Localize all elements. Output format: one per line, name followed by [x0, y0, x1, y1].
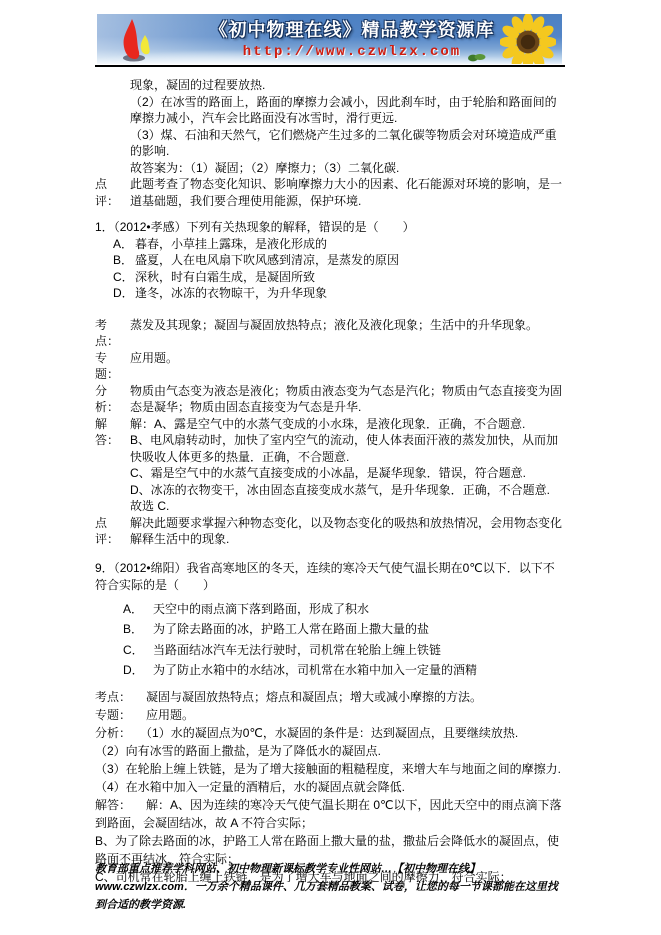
review-text: 此题考查了物态变化知识、影响摩擦力大小的因素、化石能源对环境的影响，是一道基础题…	[130, 176, 565, 209]
question-number: 9．	[95, 561, 114, 575]
option-row-b: B． 为了除去路面的冰，护路工人常在路面上撒大量的盐	[95, 619, 565, 640]
meta-label: 解答：	[95, 416, 130, 449]
question-number: 1．	[95, 220, 114, 234]
option-key: C．	[123, 640, 153, 661]
option-text: 暮春，小草挂上露珠，是液化形成的	[135, 236, 565, 253]
question-analysis: 考点：凝固与凝固放热特点；熔点和凝固点；增大或减小摩擦的方法。 专题：应用题。 …	[95, 688, 565, 886]
meta-row-jieda: 解答： 解：A、露是空气中的水蒸气变成的小水珠，是液化现象．正确，不合题意. B…	[95, 416, 565, 515]
site-banner: 《初中物理在线》精品教学资源库 http://www.czwlzx.com	[97, 14, 562, 64]
meta-label: 分析：	[95, 726, 131, 740]
option-text: 深秋，时有白霜生成，是凝固所致	[135, 269, 565, 286]
document-body: 现象，凝固的过程要放热. （2）在冰雪的路面上，路面的摩擦力会减小，因此刹车时，…	[95, 77, 565, 886]
header-divider	[95, 65, 565, 67]
site-url[interactable]: http://www.czwlzx.com	[202, 44, 502, 60]
option-row-d: D． 为了防止水箱中的水结冰，司机常在水箱中加入一定量的酒精	[95, 660, 565, 681]
meta-label: 解答：	[95, 798, 131, 812]
meta-text: 应用题。	[130, 350, 565, 367]
solution-text: 故答案为：（1）凝固；（2）摩擦力；（3）二氧化碳.	[130, 160, 565, 177]
meta-label: 考点：	[95, 317, 130, 350]
meta-row-kaodian: 考点： 蒸发及其现象；凝固与凝固放热特点；液化及液化现象；生活中的升华现象。	[95, 317, 565, 350]
meta-row-dianping: 点评： 解决此题要求掌握六种物态变化，以及物态变化的吸热和放热情况，会用物态变化…	[95, 515, 565, 548]
option-row-c: C． 当路面结冰汽车无法行驶时，司机常在轮胎上缠上铁链	[95, 640, 565, 661]
option-key: D．	[113, 285, 135, 302]
options-list: A． 暮春，小草挂上露珠，是液化形成的 B． 盛夏，人在电风扇下吹风感到清凉，是…	[95, 236, 565, 302]
option-key: A．	[113, 236, 135, 253]
option-text: 天空中的雨点滴下落到路面，形成了积水	[153, 599, 565, 620]
option-row-a: A． 暮春，小草挂上露珠，是液化形成的	[95, 236, 565, 253]
banner-text: 《初中物理在线》精品教学资源库 http://www.czwlzx.com	[202, 16, 502, 60]
meta-label: 专题：	[95, 350, 130, 383]
solution-line: 故答案为：（1）凝固；（2）摩擦力；（3）二氧化碳.	[95, 160, 565, 177]
option-key: B．	[113, 252, 135, 269]
meta-text: 解：A、露是空气中的水蒸气变成的小水珠，是液化现象．正确，不合题意. B、电风扇…	[130, 416, 565, 515]
option-text: 盛夏，人在电风扇下吹风感到清凉，是蒸发的原因	[135, 252, 565, 269]
review-row: 点评： 此题考查了物态变化知识、影响摩擦力大小的因素、化石能源对环境的影响，是一…	[95, 176, 565, 209]
options-list: A． 天空中的雨点滴下落到路面，形成了积水 B． 为了除去路面的冰，护路工人常在…	[95, 599, 565, 681]
solution-text: （2）在冰雪的路面上，路面的摩擦力会减小，因此刹车时，由于轮胎和路面间的摩擦力减…	[130, 94, 565, 127]
question-stem: 9．（2012•绵阳）我省高寒地区的冬天，连续的寒冷天气使气温长期在0℃以下．以…	[95, 560, 565, 595]
option-text: 为了防止水箱中的水结冰，司机常在水箱中加入一定量的酒精	[153, 660, 565, 681]
option-row-a: A． 天空中的雨点滴下落到路面，形成了积水	[95, 599, 565, 620]
solution-text: 现象，凝固的过程要放热.	[130, 77, 565, 94]
option-row-d: D． 逢冬，冰冻的衣物晾干，为升华现象	[95, 285, 565, 302]
meta-label: 专题：	[95, 708, 131, 722]
meta-text: （1）水的凝固点为0℃，水凝固的条件是：达到凝固点，且要继续放热. （2）向有冰…	[95, 726, 561, 794]
question-9: 9．（2012•绵阳）我省高寒地区的冬天，连续的寒冷天气使气温长期在0℃以下．以…	[95, 560, 565, 886]
option-row-c: C． 深秋，时有白霜生成，是凝固所致	[95, 269, 565, 286]
solution-line: （3）煤、石油和天然气，它们燃烧产生过多的二氧化碳等物质会对环境造成严重的影响.	[95, 127, 565, 160]
solution-line: （2）在冰雪的路面上，路面的摩擦力会减小，因此刹车时，由于轮胎和路面间的摩擦力减…	[95, 94, 565, 127]
option-text: 逢冬，冰冻的衣物晾干，为升华现象	[135, 285, 565, 302]
meta-text: 物质由气态变为液态是液化；物质由液态变为气态是汽化；物质由气态直接变为固态是凝华…	[130, 383, 565, 416]
site-title: 《初中物理在线》精品教学资源库	[202, 16, 502, 42]
meta-text: 应用题。	[146, 708, 194, 722]
option-text: 当路面结冰汽车无法行驶时，司机常在轮胎上缠上铁链	[153, 640, 565, 661]
question-analysis: 考点： 蒸发及其现象；凝固与凝固放热特点；液化及液化现象；生活中的升华现象。 专…	[95, 317, 565, 548]
meta-text: 凝固与凝固放热特点；熔点和凝固点；增大或减小摩擦的方法。	[146, 690, 482, 704]
option-key: B．	[123, 619, 153, 640]
sunflower-icon	[500, 14, 556, 64]
question-stem-text: （2012•孝感）下列有关热现象的解释，错误的是（ ）	[114, 220, 415, 234]
question-stem-text: （2012•绵阳）我省高寒地区的冬天，连续的寒冷天气使气温长期在0℃以下．以下不…	[95, 561, 555, 593]
meta-label: 点评：	[95, 515, 130, 548]
option-row-b: B． 盛夏，人在电风扇下吹风感到清凉，是蒸发的原因	[95, 252, 565, 269]
meta-text: 解决此题要求掌握六种物态变化，以及物态变化的吸热和放热情况，会用物态变化解释生活…	[130, 515, 565, 548]
meta-row-fenxi: 分析： 物质由气态变为液态是液化；物质由液态变为气态是汽化；物质由气态直接变为固…	[95, 383, 565, 416]
meta-label: 分析：	[95, 383, 130, 416]
review-label: 点评：	[95, 176, 130, 209]
solution-text: （3）煤、石油和天然气，它们燃烧产生过多的二氧化碳等物质会对环境造成严重的影响.	[130, 127, 565, 160]
option-key: A．	[123, 599, 153, 620]
option-key: C．	[113, 269, 135, 286]
meta-row-zhuanti: 专题： 应用题。	[95, 350, 565, 383]
meta-text: 蒸发及其现象；凝固与凝固放热特点；液化及液化现象；生活中的升华现象。	[130, 317, 565, 334]
option-text: 为了除去路面的冰，护路工人常在路面上撒大量的盐	[153, 619, 565, 640]
flame-logo-icon	[117, 18, 159, 62]
meta-row-fenxi: 分析：（1）水的凝固点为0℃，水凝固的条件是：达到凝固点，且要继续放热. （2）…	[95, 724, 565, 796]
meta-row-kaodian: 考点：凝固与凝固放热特点；熔点和凝固点；增大或减小摩擦的方法。	[95, 688, 565, 706]
meta-label: 考点：	[95, 690, 131, 704]
option-key: D．	[123, 660, 153, 681]
solution-line: 现象，凝固的过程要放热.	[95, 77, 565, 94]
leaf-icon	[468, 52, 486, 62]
question-stem: 1．（2012•孝感）下列有关热现象的解释，错误的是（ ）	[95, 219, 565, 236]
footer-note: 教育部重点推荐学科网站、初中物理新课标教学专业性网站…【初中物理在线】www.c…	[95, 860, 565, 914]
question-1: 1．（2012•孝感）下列有关热现象的解释，错误的是（ ） A． 暮春，小草挂上…	[95, 219, 565, 548]
meta-row-zhuanti: 专题：应用题。	[95, 706, 565, 724]
